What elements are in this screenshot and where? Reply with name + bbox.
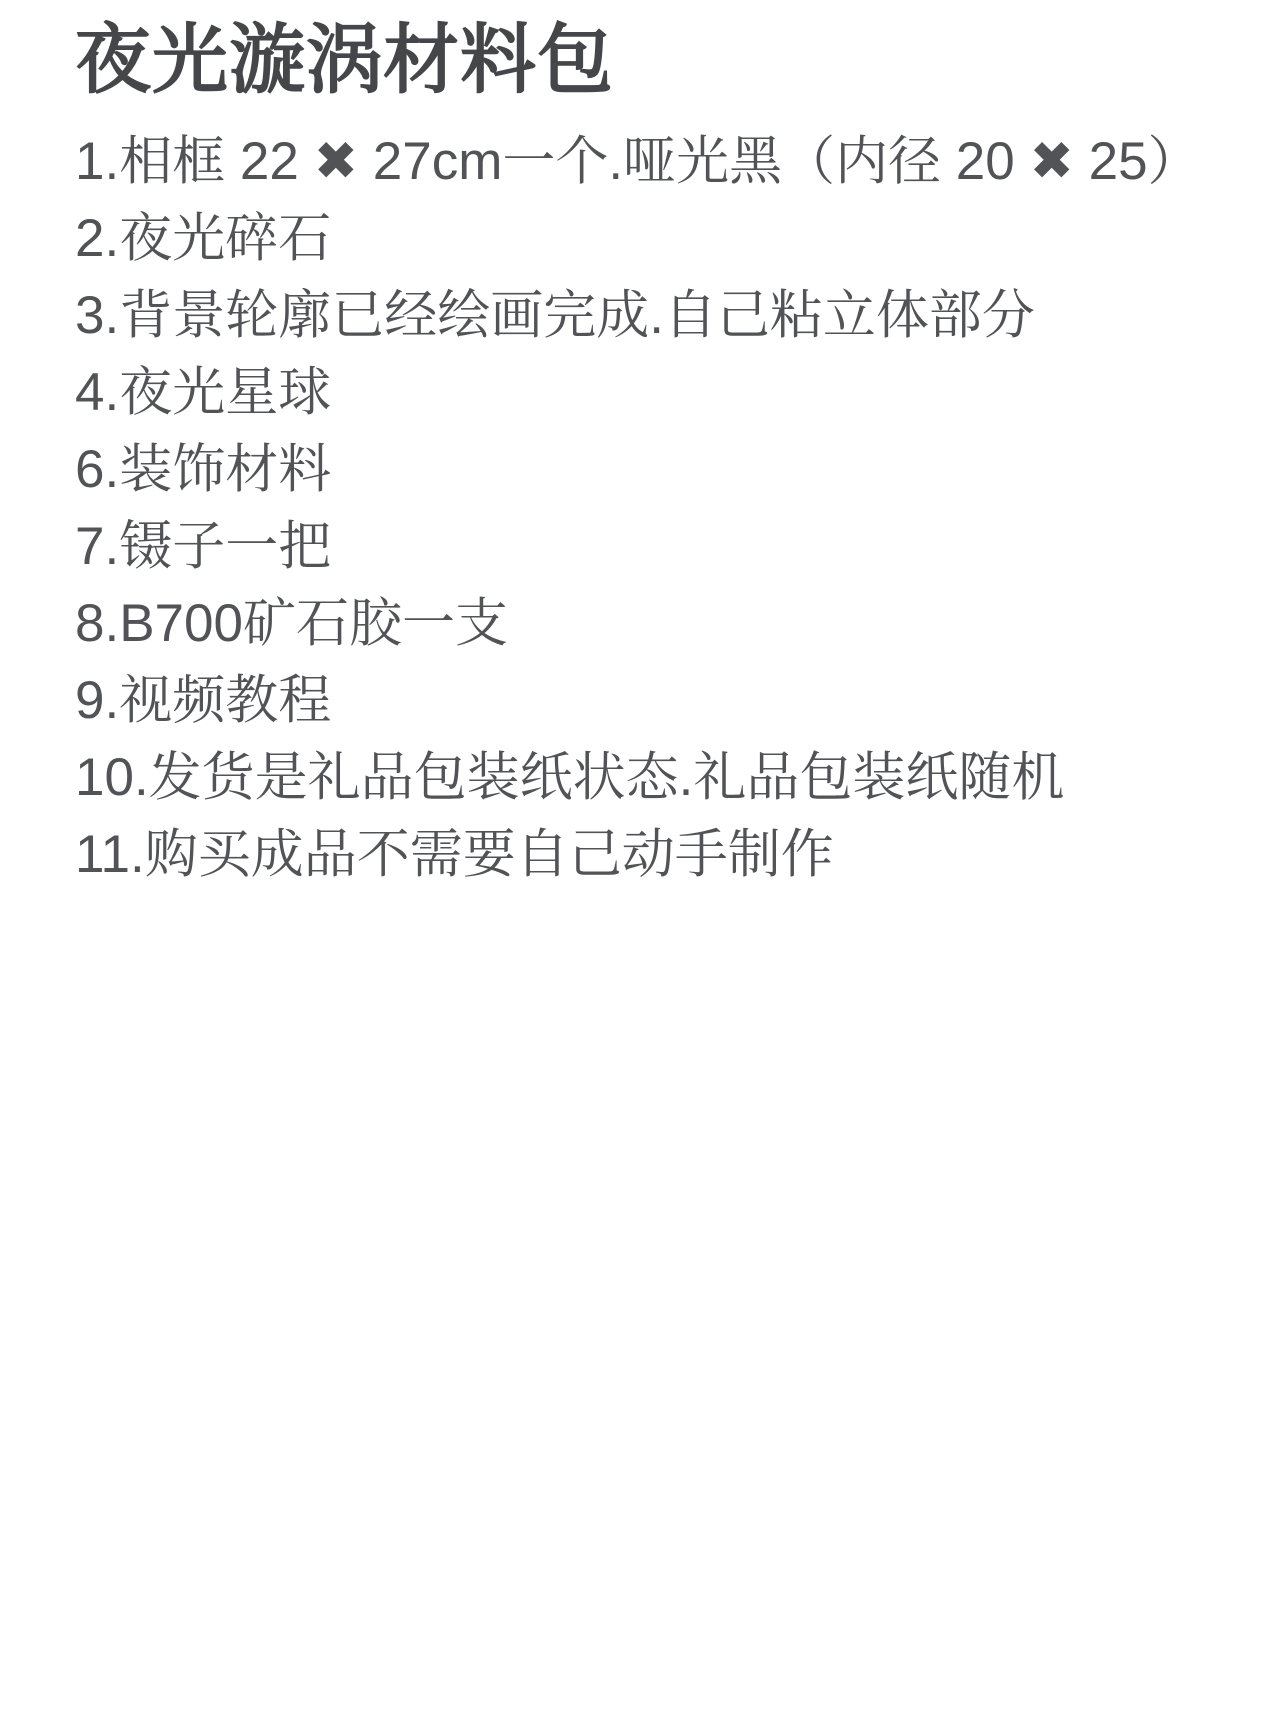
list-item: 2.夜光碎石 [75,200,1244,277]
list-item: 8.B700矿石胶一支 [75,585,1244,662]
product-description-page: 夜光漩涡材料包 1.相框 22 ✖ 27cm一个.哑光黑（内径 20 ✖ 25）… [0,0,1284,1712]
list-item: 11.购买成品不需要自己动手制作 [75,816,1244,893]
page-title: 夜光漩涡材料包 [75,12,1244,109]
material-list: 1.相框 22 ✖ 27cm一个.哑光黑（内径 20 ✖ 25） 2.夜光碎石 … [75,123,1244,893]
list-item: 6.装饰材料 [75,431,1244,508]
list-item: 1.相框 22 ✖ 27cm一个.哑光黑（内径 20 ✖ 25） [75,123,1244,200]
list-item: 7.镊子一把 [75,508,1244,585]
list-item: 9.视频教程 [75,662,1244,739]
list-item: 10.发货是礼品包装纸状态.礼品包装纸随机 [75,739,1244,816]
list-item: 3.背景轮廓已经绘画完成.自己粘立体部分 [75,277,1244,354]
list-item: 4.夜光星球 [75,354,1244,431]
